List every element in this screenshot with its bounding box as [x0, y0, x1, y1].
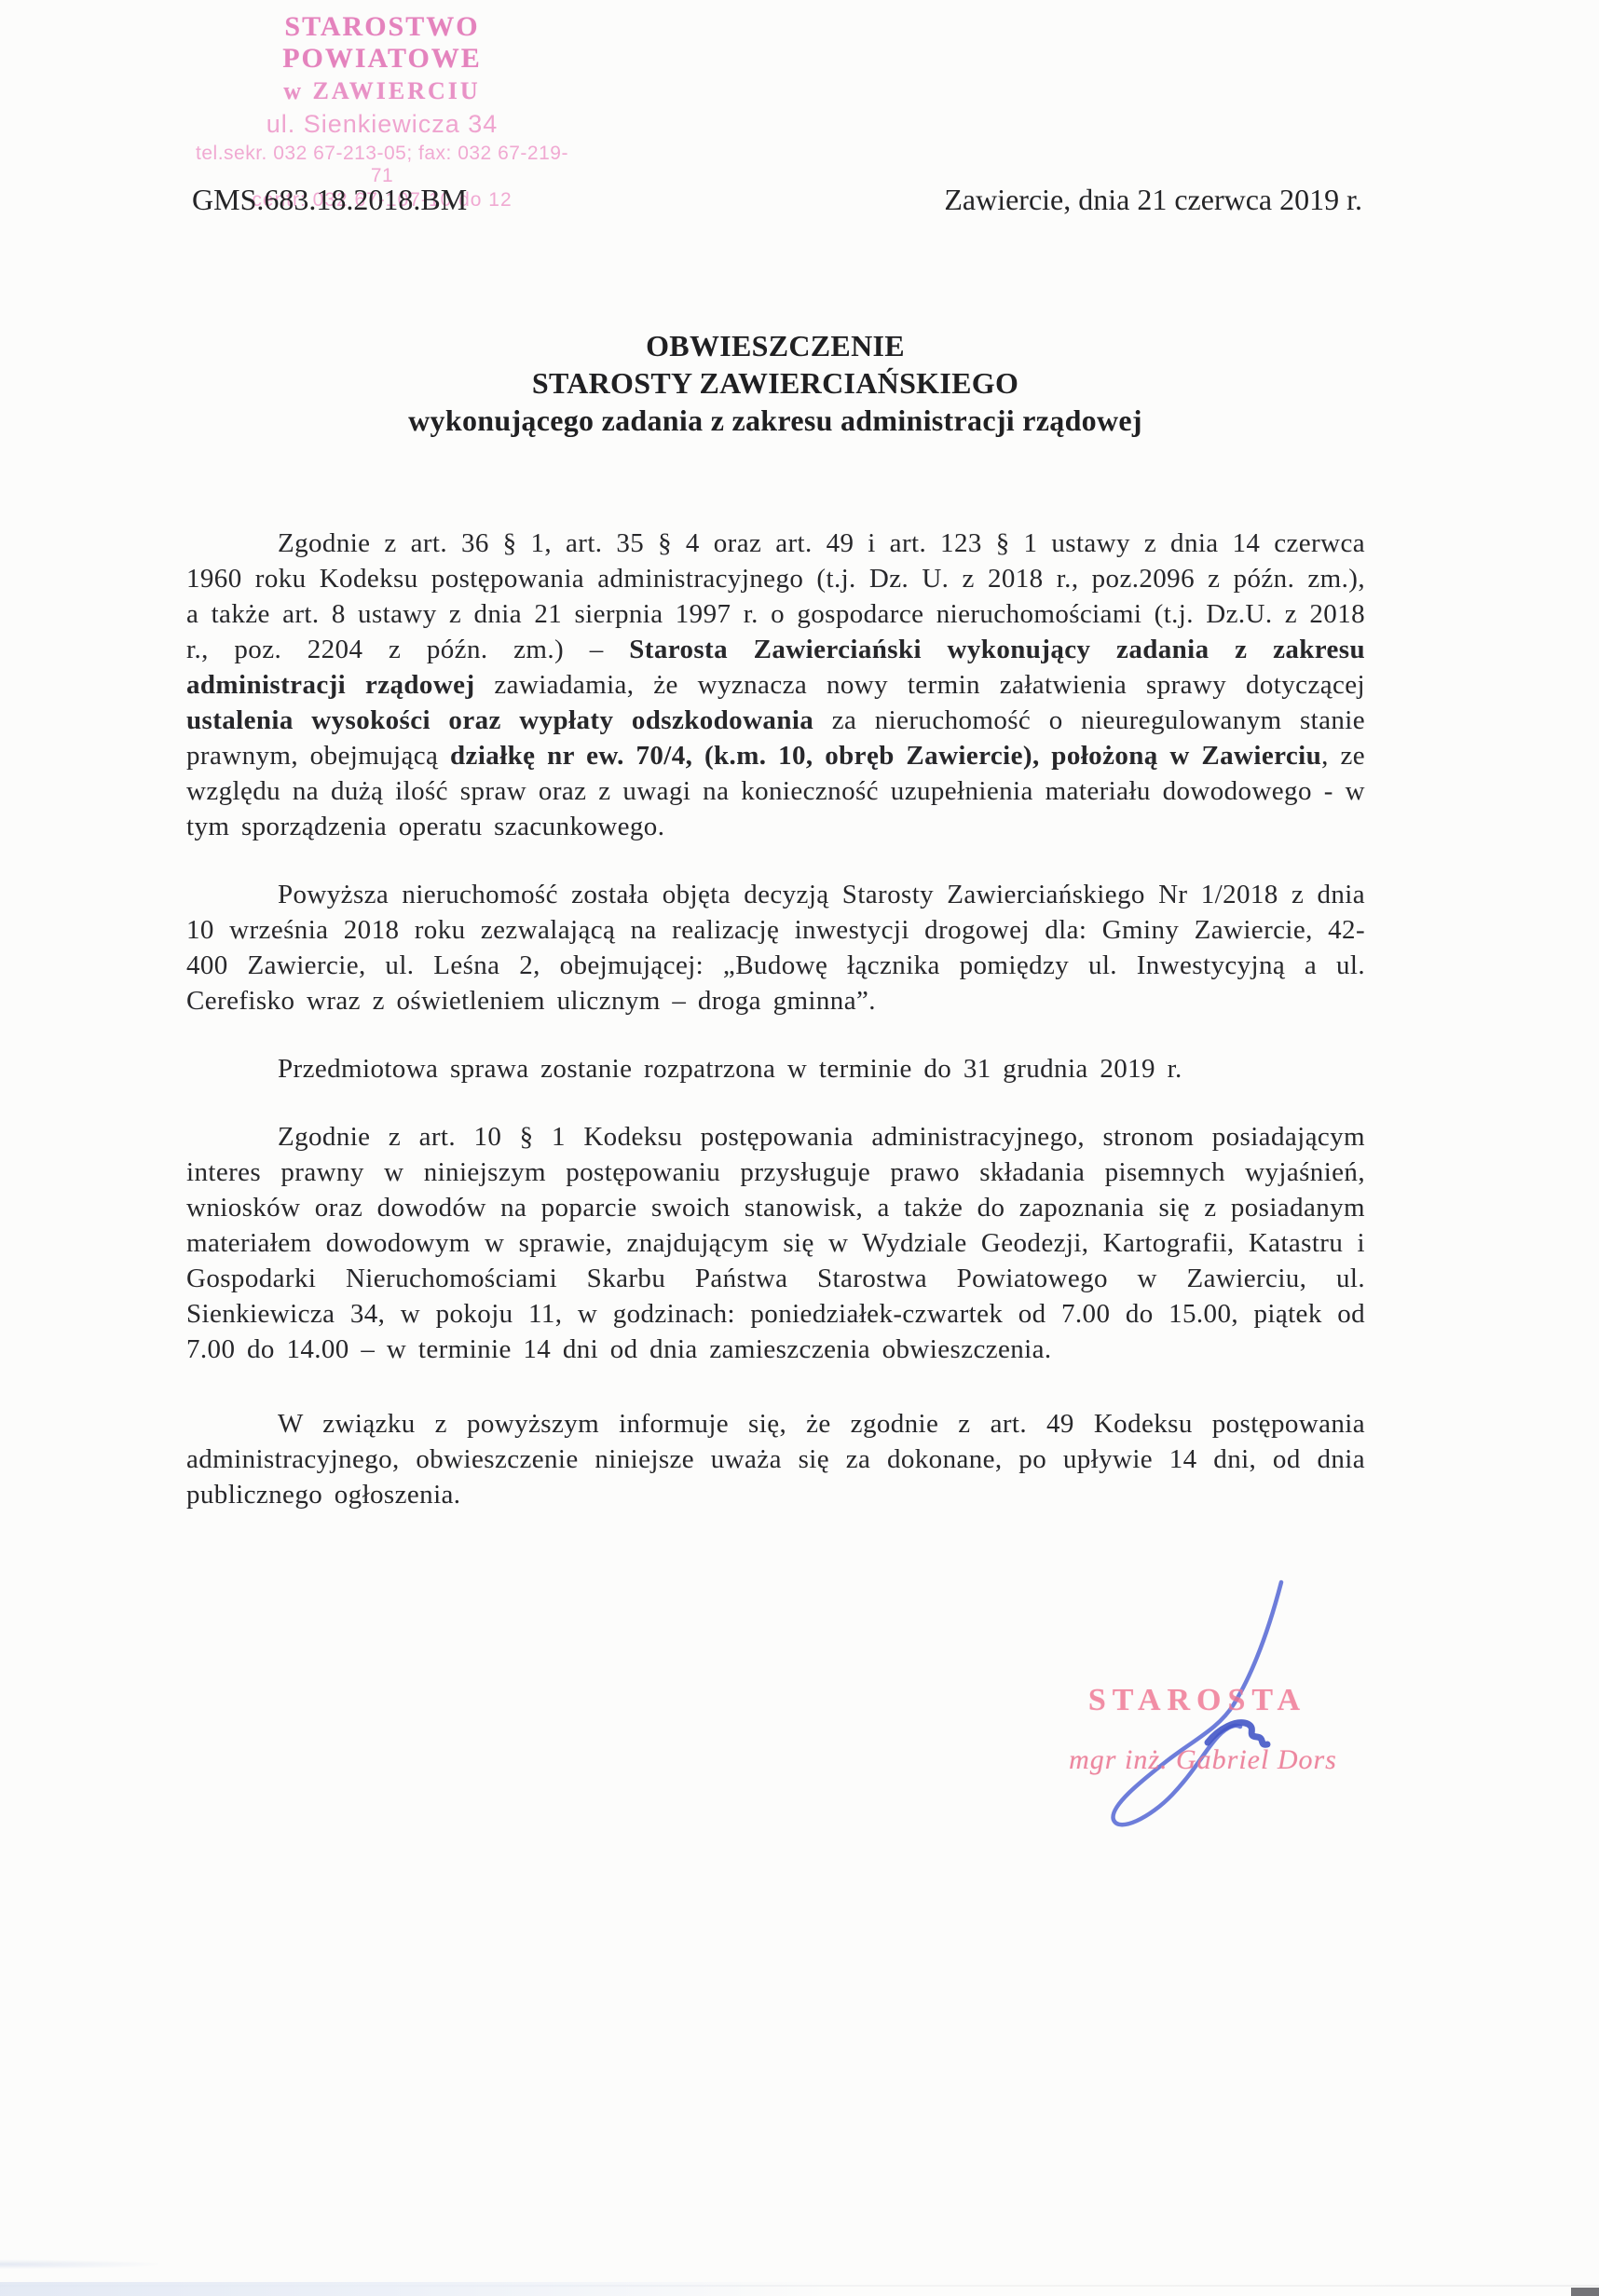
text-run: Zgodnie z art. 10 § 1 Kodeksu postępowan… — [186, 1122, 1365, 1364]
body-paragraph: Przedmiotowa sprawa zostanie rozpatrzona… — [186, 1051, 1365, 1086]
title-line-2: STAROSTY ZAWIERCIAŃSKIEGO — [123, 364, 1428, 402]
body-paragraph: Powyższa nieruchomość została objęta dec… — [186, 877, 1365, 1018]
place-and-date: Zawiercie, dnia 21 czerwca 2019 r. — [944, 183, 1362, 217]
stamp-office-phone-fax: tel.sekr. 032 67-213-05; fax: 032 67-219… — [194, 143, 570, 187]
office-header-stamp: STAROSTWO POWIATOWE w ZAWIERCIU ul. Sien… — [194, 11, 570, 212]
signature-stamp-title: STAROSTA — [1076, 1683, 1319, 1718]
scanned-document-page: STAROSTWO POWIATOWE w ZAWIERCIU ul. Sien… — [0, 0, 1599, 2296]
body-paragraph: Zgodnie z art. 36 § 1, art. 35 § 4 oraz … — [186, 526, 1365, 844]
text-run: W związku z powyższym informuje się, że … — [186, 1409, 1365, 1510]
body-paragraph: Zgodnie z art. 10 § 1 Kodeksu postępowan… — [186, 1119, 1365, 1367]
text-run-bold: ustalenia wysokości oraz wypłaty odszkod… — [186, 705, 813, 735]
body-paragraph: W związku z powyższym informuje się, że … — [186, 1406, 1365, 1512]
title-line-1: OBWIESZCZENIE — [123, 327, 1428, 364]
document-body: Zgodnie z art. 36 § 1, art. 35 § 4 oraz … — [186, 526, 1365, 1545]
stamp-office-name: STAROSTWO POWIATOWE — [194, 11, 570, 75]
stamp-office-street: ul. Sienkiewicza 34 — [194, 110, 570, 139]
case-number: GMS.683.18.2018.BM — [192, 183, 467, 217]
text-run-bold: działkę nr ew. 70/4, (k.m. 10, obręb Zaw… — [450, 741, 1321, 771]
signature-stamp-name: mgr inż. Gabriel Dors — [1059, 1744, 1347, 1776]
title-line-3: wykonującego zadania z zakresu administr… — [123, 402, 1428, 439]
document-title: OBWIESZCZENIE STAROSTY ZAWIERCIAŃSKIEGO … — [123, 327, 1428, 439]
scan-artifact-band — [0, 2282, 839, 2296]
stamp-office-city: w ZAWIERCIU — [194, 77, 570, 105]
text-run: Powyższa nieruchomość została objęta dec… — [186, 880, 1365, 1016]
text-run: Przedmiotowa sprawa zostanie rozpatrzona… — [278, 1054, 1182, 1084]
scan-artifact-smudge — [0, 2260, 158, 2269]
text-run: zawiadamia, że wyznacza nowy termin zała… — [475, 670, 1365, 700]
scan-artifact-corner — [1571, 2288, 1599, 2296]
reference-row: GMS.683.18.2018.BM Zawiercie, dnia 21 cz… — [192, 183, 1362, 217]
